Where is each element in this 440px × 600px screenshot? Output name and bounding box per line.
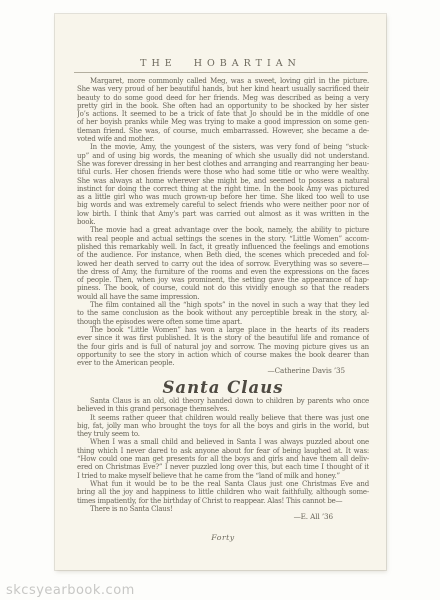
text-line: the four girls and is full of natural jo… (77, 343, 369, 351)
text-line: plished this remarkably well. In fact, i… (77, 243, 369, 251)
text-line: pretty girl in the book. She often had a… (77, 102, 369, 110)
text-line: In the movie, Amy, the youngest of the s… (77, 143, 369, 151)
article-title: Santa Claus (77, 376, 369, 397)
text-line: Santa Claus is an old, old theory handed… (77, 397, 369, 405)
text-line: as a little girl who was much grown-up b… (77, 193, 369, 201)
text-line: they truly seem to. (77, 430, 369, 438)
text-line: When I was a small child and believed in… (77, 438, 369, 446)
text-line: Jo’s actions. It seemed to be a trick of… (77, 110, 369, 118)
text-line: Margaret, more commonly called Meg, was … (77, 77, 369, 85)
page-number: Forty (77, 533, 369, 542)
text-line: The film contained all the “high spots” … (77, 301, 369, 309)
text-line: The movie had a great advantage over the… (77, 226, 369, 234)
scanned-yearbook-page: THE HOBARTIAN Margaret, more commonly ca… (55, 14, 386, 570)
text-line: It seems rather queer that children woul… (77, 414, 369, 422)
text-line: The book “Little Women” has won a large … (77, 326, 369, 334)
text-line: tleman friend. She was, of course, much … (77, 127, 369, 135)
text-line: of her boyish pranks while Meg was tryin… (77, 118, 369, 126)
article: Margaret, more commonly called Meg, was … (77, 77, 369, 376)
text-line: to the same conclusion as the book witho… (77, 309, 369, 317)
watermark-text: skcsyearbook.com (6, 583, 135, 598)
text-line: tiful curls. Her chosen friends were tho… (77, 168, 369, 176)
paragraph: The book “Little Women” has won a large … (77, 326, 369, 367)
text-line: thing which I never dared to ask anyone … (77, 447, 369, 455)
paragraph: Margaret, more commonly called Meg, was … (77, 77, 369, 143)
author-attribution: —Catherine Davis ’35 (77, 367, 369, 376)
text-line: times impatiently, for the birthday of C… (77, 497, 369, 505)
text-line: beauty to do some good deed for her frie… (77, 94, 369, 102)
text-line: She was very proud of her beautiful hand… (77, 85, 369, 93)
text-line: with real people and actual settings the… (77, 235, 369, 243)
text-line: the dress of Amy, the furniture of the r… (77, 268, 369, 276)
text-line: believed in this grand personage themsel… (77, 405, 369, 413)
paragraph: The movie had a great advantage over the… (77, 226, 369, 301)
paragraph: It seems rather queer that children woul… (77, 414, 369, 439)
text-line: of the audience. For instance, when Beth… (77, 251, 369, 259)
text-line: What fun it would be to be the real Sant… (77, 480, 369, 488)
text-line: “How could one man get presents for all … (77, 455, 369, 463)
paragraph: What fun it would be to be the real Sant… (77, 480, 369, 505)
article: Santa ClausSanta Claus is an old, old th… (77, 376, 369, 522)
text-line: I tried to make myself believe that he c… (77, 472, 369, 480)
text-line: book. (77, 218, 369, 226)
text-line: of people. Then, when joy was prominent,… (77, 276, 369, 284)
text-line: up” and of using big words, the meaning … (77, 152, 369, 160)
text-line: ered on Christmas Eve?” I never puzzled … (77, 463, 369, 471)
text-line: big, fat, jolly man who brought the toys… (77, 422, 369, 430)
paragraph: In the movie, Amy, the youngest of the s… (77, 143, 369, 226)
author-attribution: —E. All ’36 (77, 513, 369, 522)
text-line: She was forever dressing in her best clo… (77, 160, 369, 168)
text-line: voted wife and mother. (77, 135, 369, 143)
text-line: piness. The book, of course, could not d… (77, 284, 369, 292)
text-line: though the episodes were often some time… (77, 318, 369, 326)
text-line: low birth. I think that Amy’s part was c… (77, 210, 369, 218)
paragraph: When I was a small child and believed in… (77, 438, 369, 479)
text-line: would all have the same impression. (77, 293, 369, 301)
text-line: ever since it was first published. It is… (77, 334, 369, 342)
paragraph: The film contained all the “high spots” … (77, 301, 369, 326)
text-line: opportunity to see the story in action w… (77, 351, 369, 359)
paragraph: Santa Claus is an old, old theory handed… (77, 397, 369, 414)
masthead-rule (74, 72, 368, 73)
text-line: instinct for doing the correct thing at … (77, 185, 369, 193)
text-line: bring all the joy and happiness to littl… (77, 488, 369, 496)
masthead-title: THE HOBARTIAN (55, 58, 386, 69)
text-line: big words and was extremely careful to s… (77, 201, 369, 209)
page-content: Margaret, more commonly called Meg, was … (77, 77, 369, 542)
text-line: She was always at home wherever she migh… (77, 177, 369, 185)
text-line: lowed her death served to carry out the … (77, 260, 369, 268)
